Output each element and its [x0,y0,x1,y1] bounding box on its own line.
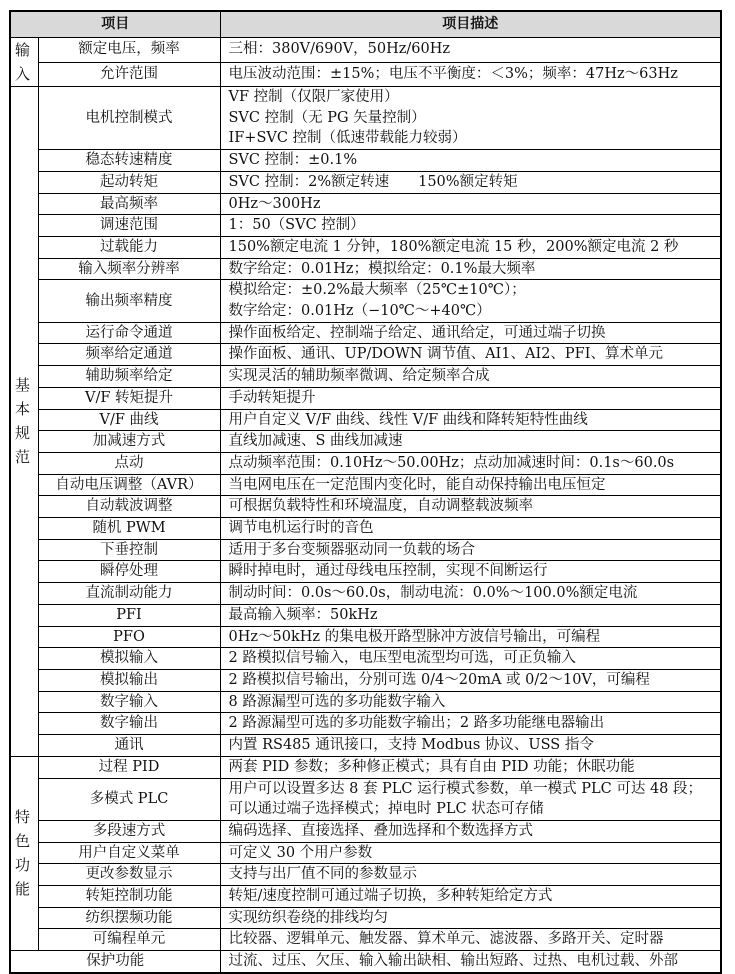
description-line: 两套 PID 参数；多种修正模式；具有自由 PID 功能；休眠功能 [229,757,721,778]
table-row: 起动转矩SVC 控制：2%额定转速 150%额定转矩 [10,171,721,193]
description-cell: 150%额定电流 1 分钟，180%额定电流 15 秒，200%额定电流 2 秒 [220,236,721,258]
table-row: 多段速方式编码选择、直接选择、叠加选择和个数选择方式 [10,820,721,842]
description-cell: 可根据负载特性和环境温度，自动调整载波频率 [220,496,721,518]
description-cell: 0Hz～50kHz 的集电极开路型脉冲方波信号输出，可编程 [220,626,721,648]
description-line: 实现纺织卷绕的排线均匀 [229,908,721,929]
table-row: 更改参数显示支持与出厂值不同的参数显示 [10,864,721,886]
description-line: 手动转矩提升 [229,388,721,409]
item-cell: 频率给定通道 [38,344,220,366]
description-line: 2 路模拟信号输出，分别可选 0/4～20mA 或 0/2～10V，可编程 [229,670,721,691]
description-cell: 实现灵活的辅助频率微调、给定频率合成 [220,366,721,388]
description-cell: 当电网电压在一定范围内变化时，能自动保持输出电压恒定 [220,474,721,496]
table-body: 输入额定电压，频率三相：380V/690V，50Hz/60Hz允许范围电压波动范… [10,38,721,935]
description-line: 编码选择、直接选择、叠加选择和个数选择方式 [229,821,721,842]
description-cell: 1：50（SVC 控制） [220,215,721,237]
table-row: 下垂控制适用于多台变频器驱动同一负载的场合 [10,539,721,561]
item-cell: 辅助频率给定 [38,366,220,388]
item-cell: 自动载波调整 [38,496,220,518]
description-line: 模拟给定：±0.2%最大频率（25℃±10℃）； [229,280,721,301]
category-cell: 输入 [10,38,38,87]
description-line: 实现灵活的辅助频率微调、给定频率合成 [229,366,721,387]
description-line: 8 路源漏型可选的多功能数字输入 [229,692,721,713]
item-cell: 输出频率精度 [38,280,220,322]
description-cell: 可定义 30 个用户参数 [220,842,721,864]
table-row: 允许范围电压波动范围：±15%；电压不平衡度：＜3%；频率：47Hz～63Hz [10,62,721,87]
table-row: 输入频率分辨率数字给定：0.01Hz；模拟给定：0.1%最大频率 [10,258,721,280]
description-line: 用户可以设置多达 8 套 PLC 运行模式参数，单一模式 PLC 可达 48 段… [229,779,721,800]
description-cell: 转矩/速度控制可通过端子切换，多种转矩给定方式 [220,886,721,908]
description-line: 可定义 30 个用户参数 [229,843,721,864]
description-line: 2 路模拟信号输入，电压型电流型均可选，可正负输入 [229,648,721,669]
description-line: IF+SVC 控制（低速带载能力较弱） [229,128,721,149]
item-cell: 直流制动能力 [38,583,220,605]
table-row: 最高频率0Hz～300Hz [10,193,721,215]
table-row: 转矩控制功能转矩/速度控制可通过端子切换，多种转矩给定方式 [10,886,721,908]
description-line: 数字给定：0.01Hz；模拟给定：0.1%最大频率 [229,259,721,280]
description-line: 点动频率范围：0.10Hz～50.00Hz；点动加减速时间：0.1s～60.0s [229,453,721,474]
description-line: 调节电机运行时的音色 [229,518,721,539]
item-cell: 纺织摆频功能 [38,907,220,929]
description-cell: 0Hz～300Hz [220,193,721,215]
description-line: 最高输入频率：50kHz [229,605,721,626]
description-line: VF 控制（仅限厂家使用） [229,87,721,108]
description-cell: 直线加减速、S 曲线加减速 [220,431,721,453]
item-cell: PFO [38,626,220,648]
category-label: 输入 [15,38,31,86]
description-cell: 模拟给定：±0.2%最大频率（25℃±10℃）；数字给定：0.01Hz（−10℃… [220,280,721,322]
item-cell: 下垂控制 [38,539,220,561]
description-cell: 调节电机运行时的音色 [220,518,721,540]
description-cell: 2 路模拟信号输出，分别可选 0/4～20mA 或 0/2～10V，可编程 [220,669,721,691]
table-row: 可编程单元比较器、逻辑单元、触发器、算术单元、滤波器、多路开关、定时器 [10,929,721,934]
table-row: 辅助频率给定实现灵活的辅助频率微调、给定频率合成 [10,366,721,388]
description-cell: 操作面板、通讯、UP/DOWN 调节值、AI1、AI2、PFI、算术单元 [220,344,721,366]
table-row: 加减速方式直线加减速、S 曲线加减速 [10,431,721,453]
item-cell: 通讯 [38,735,220,757]
item-cell: 稳态转速精度 [38,150,220,172]
item-cell: 运行命令通道 [38,322,220,344]
description-cell: 内置 RS485 通讯接口，支持 Modbus 协议、USS 指令 [220,735,721,757]
description-cell: SVC 控制：±0.1% [220,150,721,172]
item-cell: 可编程单元 [38,929,220,934]
description-line: 150%额定电流 1 分钟，180%额定电流 15 秒，200%额定电流 2 秒 [229,237,721,258]
item-cell: 转矩控制功能 [38,886,220,908]
header-description: 项目描述 [220,11,721,38]
item-cell: 最高频率 [38,193,220,215]
description-line: 三相：380V/690V，50Hz/60Hz [229,39,721,60]
description-cell: 两套 PID 参数；多种修正模式；具有自由 PID 功能；休眠功能 [220,756,721,778]
description-line: 可根据负载特性和环境温度，自动调整载波频率 [229,496,721,517]
header-item: 项目 [10,11,220,38]
item-cell: 数字输入 [38,691,220,713]
description-line: SVC 控制：±0.1% [229,150,721,171]
table-row: 特色功能过程 PID两套 PID 参数；多种修正模式；具有自由 PID 功能；休… [10,756,721,778]
description-line: 转矩/速度控制可通过端子切换，多种转矩给定方式 [229,886,721,907]
description-line: 0Hz～300Hz [229,194,721,215]
description-cell: 编码选择、直接选择、叠加选择和个数选择方式 [220,820,721,842]
description-cell: SVC 控制：2%额定转速 150%额定转矩 [220,171,721,193]
description-cell: 瞬时掉电时，通过母线电压控制，实现不间断运行 [220,561,721,583]
description-cell: 8 路源漏型可选的多功能数字输入 [220,691,721,713]
item-cell: V/F 曲线 [38,409,220,431]
description-line: 电压波动范围：±15%；电压不平衡度：＜3%；频率：47Hz～63Hz [229,64,721,85]
item-cell: 自动电压调整（AVR） [38,474,220,496]
description-line: 用户自定义 V/F 曲线、线性 V/F 曲线和降转矩特性曲线 [229,410,721,431]
table-row: 瞬停处理瞬时掉电时，通过母线电压控制，实现不间断运行 [10,561,721,583]
description-line: SVC 控制：2%额定转速 150%额定转矩 [229,172,721,193]
table-row: 随机 PWM调节电机运行时的音色 [10,518,721,540]
table-row: 直流制动能力制动时间：0.0s～60.0s，制动电流：0.0%～100.0%额定… [10,583,721,605]
description-line: 当电网电压在一定范围内变化时，能自动保持输出电压恒定 [229,475,721,496]
description-cell: VF 控制（仅限厂家使用）SVC 控制（无 PG 矢量控制）IF+SVC 控制（… [220,87,721,150]
item-cell: 过载能力 [38,236,220,258]
description-line: 瞬时掉电时，通过母线电压控制，实现不间断运行 [229,561,721,582]
table-row: 数字输入8 路源漏型可选的多功能数字输入 [10,691,721,713]
item-cell: 输入频率分辨率 [38,258,220,280]
description-cell: 电压波动范围：±15%；电压不平衡度：＜3%；频率：47Hz～63Hz [220,62,721,87]
description-line: 可以通过端子选择模式；掉电时 PLC 状态可存储 [229,799,721,820]
description-cell: 三相：380V/690V，50Hz/60Hz [220,38,721,63]
item-cell: 多段速方式 [38,820,220,842]
item-cell: 随机 PWM [38,518,220,540]
description-line: 适用于多台变频器驱动同一负载的场合 [229,540,721,561]
table-row: 数字输出2 路源漏型可选的多功能数字输出；2 路多功能继电器输出 [10,713,721,735]
item-cell: 加减速方式 [38,431,220,453]
item-cell: 瞬停处理 [38,561,220,583]
item-cell: PFI [38,604,220,626]
item-cell: 过程 PID [38,756,220,778]
description-line: 操作面板给定、控制端子给定、通讯给定，可通过端子切换 [229,323,721,344]
description-cell: 实现纺织卷绕的排线均匀 [220,907,721,929]
table-row: 稳态转速精度SVC 控制：±0.1% [10,150,721,172]
table-row: 用户自定义菜单可定义 30 个用户参数 [10,842,721,864]
item-cell: 允许范围 [38,62,220,87]
item-cell: 调速范围 [38,215,220,237]
item-cell: 数字输出 [38,713,220,735]
description-cell: 比较器、逻辑单元、触发器、算术单元、滤波器、多路开关、定时器 [220,929,721,934]
description-cell: 手动转矩提升 [220,387,721,409]
description-cell: 数字给定：0.01Hz；模拟给定：0.1%最大频率 [220,258,721,280]
item-cell: V/F 转矩提升 [38,387,220,409]
description-cell: 2 路模拟信号输入，电压型电流型均可选，可正负输入 [220,648,721,670]
description-cell: 用户自定义 V/F 曲线、线性 V/F 曲线和降转矩特性曲线 [220,409,721,431]
spec-table: 项目 项目描述 输入额定电压，频率三相：380V/690V，50Hz/60Hz允… [9,10,722,934]
table-row: 多模式 PLC用户可以设置多达 8 套 PLC 运行模式参数，单一模式 PLC … [10,778,721,820]
description-cell: 支持与出厂值不同的参数显示 [220,864,721,886]
table-row: 模拟输出2 路模拟信号输出，分别可选 0/4～20mA 或 0/2～10V，可编… [10,669,721,691]
item-cell: 额定电压，频率 [38,38,220,63]
description-line: 比较器、逻辑单元、触发器、算术单元、滤波器、多路开关、定时器 [229,929,721,934]
description-cell: 最高输入频率：50kHz [220,604,721,626]
table-row: 通讯内置 RS485 通讯接口，支持 Modbus 协议、USS 指令 [10,735,721,757]
table-row: 过载能力150%额定电流 1 分钟，180%额定电流 15 秒，200%额定电流… [10,236,721,258]
table-row: V/F 转矩提升手动转矩提升 [10,387,721,409]
description-line: 数字给定：0.01Hz（−10℃～+40℃） [229,301,721,322]
table-row: 输入额定电压，频率三相：380V/690V，50Hz/60Hz [10,38,721,63]
description-cell: 操作面板给定、控制端子给定、通讯给定，可通过端子切换 [220,322,721,344]
description-cell: 点动频率范围：0.10Hz～50.00Hz；点动加减速时间：0.1s～60.0s [220,452,721,474]
table-row: 基本规范电机控制模式VF 控制（仅限厂家使用）SVC 控制（无 PG 矢量控制）… [10,87,721,150]
description-cell: 用户可以设置多达 8 套 PLC 运行模式参数，单一模式 PLC 可达 48 段… [220,778,721,820]
description-cell: 适用于多台变频器驱动同一负载的场合 [220,539,721,561]
table-row: 模拟输入2 路模拟信号输入，电压型电流型均可选，可正负输入 [10,648,721,670]
category-cell: 基本规范 [10,87,38,757]
description-line: 内置 RS485 通讯接口，支持 Modbus 协议、USS 指令 [229,735,721,756]
description-cell: 制动时间：0.0s～60.0s，制动电流：0.0%～100.0%额定电流 [220,583,721,605]
item-cell: 模拟输入 [38,648,220,670]
description-line: 2 路源漏型可选的多功能数字输出；2 路多功能继电器输出 [229,713,721,734]
item-cell: 更改参数显示 [38,864,220,886]
item-cell: 模拟输出 [38,669,220,691]
table-row: 频率给定通道操作面板、通讯、UP/DOWN 调节值、AI1、AI2、PFI、算术… [10,344,721,366]
header-row: 项目 项目描述 [10,11,721,38]
description-cell: 2 路源漏型可选的多功能数字输出；2 路多功能继电器输出 [220,713,721,735]
category-cell: 特色功能 [10,756,38,934]
table-row: PFI最高输入频率：50kHz [10,604,721,626]
description-line: 支持与出厂值不同的参数显示 [229,864,721,885]
description-line: 0Hz～50kHz 的集电极开路型脉冲方波信号输出，可编程 [229,627,721,648]
description-line: 操作面板、通讯、UP/DOWN 调节值、AI1、AI2、PFI、算术单元 [229,344,721,365]
category-label: 基本规范 [15,373,31,469]
table-row: 纺织摆频功能实现纺织卷绕的排线均匀 [10,907,721,929]
description-line: 直线加减速、S 曲线加减速 [229,431,721,452]
item-cell: 用户自定义菜单 [38,842,220,864]
table-row: 调速范围1：50（SVC 控制） [10,215,721,237]
category-label: 特色功能 [15,805,31,901]
table-row: 输出频率精度模拟给定：±0.2%最大频率（25℃±10℃）；数字给定：0.01H… [10,280,721,322]
table-row: V/F 曲线用户自定义 V/F 曲线、线性 V/F 曲线和降转矩特性曲线 [10,409,721,431]
table-row: 点动点动频率范围：0.10Hz～50.00Hz；点动加减速时间：0.1s～60.… [10,452,721,474]
table-row: 自动载波调整可根据负载特性和环境温度，自动调整载波频率 [10,496,721,518]
item-cell: 电机控制模式 [38,87,220,150]
description-line: 1：50（SVC 控制） [229,215,721,236]
description-line: 制动时间：0.0s～60.0s，制动电流：0.0%～100.0%额定电流 [229,583,721,604]
item-cell: 起动转矩 [38,171,220,193]
table-row: PFO0Hz～50kHz 的集电极开路型脉冲方波信号输出，可编程 [10,626,721,648]
table-row: 运行命令通道操作面板给定、控制端子给定、通讯给定，可通过端子切换 [10,322,721,344]
item-cell: 点动 [38,452,220,474]
item-cell: 多模式 PLC [38,778,220,820]
description-line: SVC 控制（无 PG 矢量控制） [229,108,721,129]
table-row: 自动电压调整（AVR）当电网电压在一定范围内变化时，能自动保持输出电压恒定 [10,474,721,496]
